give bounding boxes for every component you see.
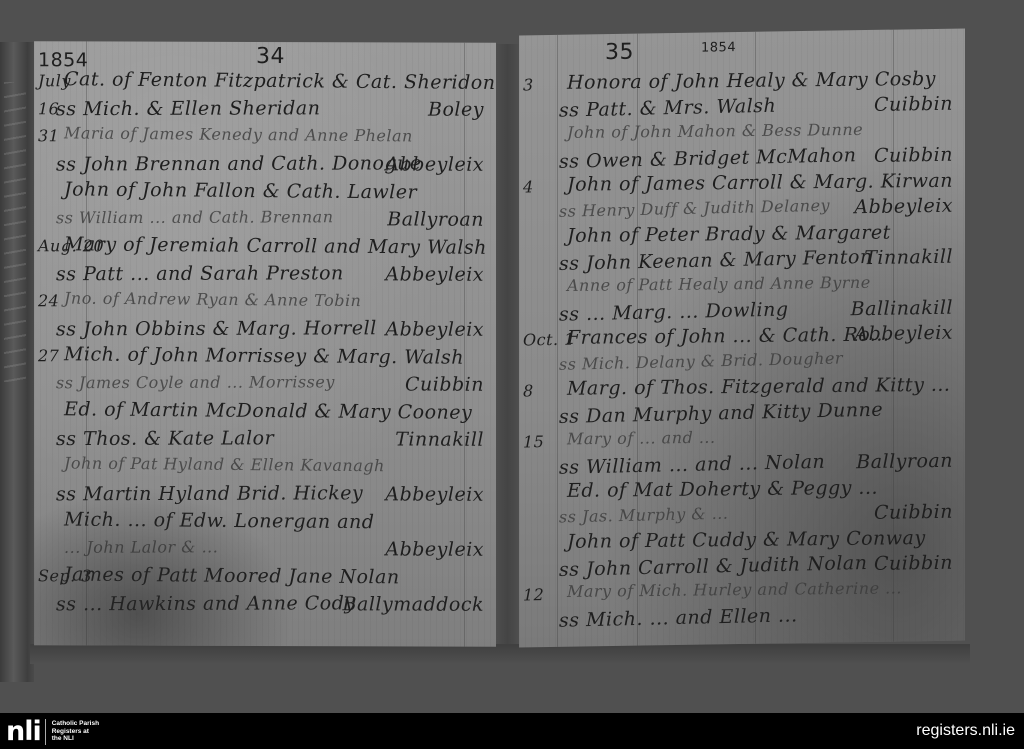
baptism-entry-text: Cat. of Fenton Fitzpatrick & Cat. Sherid… <box>64 68 496 94</box>
entry-place: Cuibbin <box>874 500 953 523</box>
register-page-right: 35 1854 3Honora of John Healy & Mary Cos… <box>519 28 965 647</box>
sponsors-text: ss Patt. & Mrs. Walsh <box>559 94 776 121</box>
register-entry: 24Jno. of Andrew Ryan & Anne Tobin <box>34 41 496 43</box>
register-entry: 3Honora of John Healy & Mary Cosby <box>519 28 965 35</box>
register-entry: Aug. 20Mary of Jeremiah Carroll and Mary… <box>34 41 496 43</box>
nli-logo[interactable]: nli Catholic Parish Registers at the NLI <box>6 718 112 745</box>
register-entries: 3Honora of John Healy & Mary Cosbyss Pat… <box>519 28 965 35</box>
register-entry: ... John Lalor & ... Abbeyleix <box>34 41 496 43</box>
nli-logo-mark: nli <box>6 718 41 745</box>
book-edge <box>0 42 34 682</box>
register-entry: ss William ... and ... NolanBallyroan <box>519 28 965 35</box>
entry-place: Tinnakill <box>864 245 953 268</box>
entry-place: Abbeyleix <box>385 263 484 285</box>
entry-date: 15 <box>523 432 544 451</box>
footer-bar: nli Catholic Parish Registers at the NLI… <box>0 713 1024 749</box>
register-entry: ss John Carroll & Judith NolanCuibbin <box>519 28 965 35</box>
register-entry: ss Mich. ... and Ellen ... <box>519 28 965 35</box>
entry-date: 27 <box>38 346 59 365</box>
sponsors-text: ss Patt ... and Sarah Preston <box>56 262 344 285</box>
baptism-entry-text: Mary of ... and ... <box>567 428 716 449</box>
baptism-entry-text: John of Peter Brady & Margaret <box>567 222 891 247</box>
register-entry: ss Patt. & Mrs. WalshCuibbin <box>519 28 965 35</box>
sponsors-text: ss Mich. & Ellen Sheridan <box>56 97 321 120</box>
sponsors-text: ss Mich. ... and Ellen ... <box>559 604 798 631</box>
register-page-left: 1854 34 JulyCat. of Fenton Fitzpatrick &… <box>34 41 496 647</box>
sponsors-text: ss John Brennan and Cath. Donogue <box>56 152 422 175</box>
baptism-entry-text: ... John Lalor & ... <box>64 537 218 557</box>
register-entry: ss Owen & Bridget McMahonCuibbin <box>519 28 965 35</box>
entry-place: Cuibbin <box>405 373 484 395</box>
register-entries: JulyCat. of Fenton Fitzpatrick & Cat. Sh… <box>34 41 496 43</box>
baptism-entry-text: Mary of Mich. Hurley and Catherine ... <box>567 578 902 601</box>
register-entry: ss Patt ... and Sarah PrestonAbbeyleix <box>34 41 496 43</box>
page-shadow <box>30 644 970 664</box>
sponsors-text: ss ... Marg. ... Dowling <box>559 298 789 325</box>
page-number: 35 <box>605 40 634 65</box>
baptism-entry-text: Frances of John ... & Cath. Ro... <box>567 324 890 349</box>
register-entry: Sep. 3James of Patt Moored Jane Nolan <box>34 41 496 43</box>
register-entry: ss James Coyle and ... MorrisseyCuibbin <box>34 41 496 43</box>
page-number: 34 <box>256 44 285 69</box>
register-entry: John of Patt Cuddy & Mary Conway <box>519 28 965 35</box>
baptism-entry-text: Anne of Patt Healy and Anne Byrne <box>567 273 871 295</box>
entry-place: Ballyroan <box>387 208 484 230</box>
sponsors-text: ss Thos. & Kate Lalor <box>56 427 274 450</box>
entry-place: Cuibbin <box>874 143 953 166</box>
baptism-entry-text: Mary of Jeremiah Carroll and Mary Walsh <box>64 233 487 259</box>
register-entry: ss Henry Duff & Judith DelaneyAbbeyleix <box>519 28 965 35</box>
entry-date: Sep. 3 <box>38 566 92 585</box>
entry-place: Tinnakill <box>395 428 484 450</box>
register-entry: Ed. of Martin McDonald & Mary Cooney <box>34 41 496 43</box>
sponsors-text: ss John Carroll & Judith Nolan <box>559 551 868 580</box>
sponsors-text: ss Mich. Delany & Brid. Dougher <box>559 348 843 373</box>
entry-date: 31 <box>38 126 59 145</box>
entry-place: Ballinakill <box>851 296 953 320</box>
register-entry: 15Mary of ... and ... <box>519 28 965 35</box>
sponsors-text: ss James Coyle and ... Morrissey <box>56 372 335 392</box>
register-entry: 16ss Mich. & Ellen SheridanBoley <box>34 41 496 43</box>
entry-place: Ballymaddock <box>343 593 484 615</box>
entry-place: Abbeyleix <box>385 538 484 560</box>
sponsors-text: ss Owen & Bridget McMahon <box>559 144 857 173</box>
register-entry: John of Pat Hyland & Ellen Kavanagh <box>34 41 496 43</box>
register-entry: Oct. 1Frances of John ... & Cath. Ro...A… <box>519 28 965 35</box>
register-entry: ss John Keenan & Mary FentonTinnakill <box>519 28 965 35</box>
baptism-entry-text: Jno. of Andrew Ryan & Anne Tobin <box>64 289 361 311</box>
entry-date: 8 <box>523 381 534 400</box>
register-entry: Anne of Patt Healy and Anne Byrne <box>519 28 965 35</box>
entry-place: Abbeyleix <box>385 153 484 175</box>
entry-date: 4 <box>523 177 534 196</box>
entry-date: 3 <box>523 75 534 94</box>
register-entry: ss Martin Hyland Brid. HickeyAbbeyleix <box>34 41 496 43</box>
sponsors-text: ss William ... and ... Nolan <box>559 450 825 478</box>
entry-place: Abbeyleix <box>854 194 953 218</box>
baptism-entry-text: Mich. of John Morrissey & Marg. Walsh <box>64 343 464 368</box>
baptism-entry-text: Marg. of Thos. Fitzgerald and Kitty ... <box>567 374 951 400</box>
sponsors-text: ss Dan Murphy and Kitty Dunne <box>559 398 883 427</box>
register-entry: John of John Mahon & Bess Dunne <box>519 28 965 35</box>
register-entry: ss ... Hawkins and Anne CodyBallymaddock <box>34 41 496 43</box>
sponsors-text: ss John Obbins & Marg. Horrell <box>56 317 377 340</box>
register-entry: ss William ... and Cath. BrennanBallyroa… <box>34 41 496 43</box>
site-link[interactable]: registers.nli.ie <box>916 722 1015 740</box>
entry-date: 12 <box>523 585 544 604</box>
sponsors-text: ss John Keenan & Mary Fenton <box>559 245 873 274</box>
register-entry: ss Thos. & Kate LalorTinnakill <box>34 41 496 43</box>
logo-text: Catholic Parish Registers at the NLI <box>52 720 112 743</box>
entry-place: Ballyroan <box>856 449 953 473</box>
register-entry: Ed. of Mat Doherty & Peggy ... <box>519 28 965 35</box>
logo-divider <box>45 719 46 745</box>
register-entry: Mich. ... of Edw. Lonergan and <box>34 41 496 43</box>
register-entry: ss Dan Murphy and Kitty Dunne <box>519 28 965 35</box>
register-entry: 31Maria of James Kenedy and Anne Phelan <box>34 41 496 43</box>
entry-place: Abbeyleix <box>385 318 484 340</box>
entry-place: Abbeyleix <box>854 322 953 346</box>
baptism-entry-text: Honora of John Healy & Mary Cosby <box>567 68 936 94</box>
entry-place: Boley <box>428 98 484 120</box>
baptism-entry-text: Ed. of Martin McDonald & Mary Cooney <box>64 398 472 424</box>
register-entry: 4John of James Carroll & Marg. Kirwan <box>519 28 965 35</box>
year-label: 1854 <box>701 40 736 56</box>
sponsors-text: ss Martin Hyland Brid. Hickey <box>56 482 363 505</box>
baptism-entry-text: John of Patt Cuddy & Mary Conway <box>567 527 926 553</box>
register-entry: ss ... Marg. ... DowlingBallinakill <box>519 28 965 35</box>
register-entry: 12Mary of Mich. Hurley and Catherine ... <box>519 28 965 35</box>
image-viewer[interactable]: 1854 34 JulyCat. of Fenton Fitzpatrick &… <box>0 0 1024 713</box>
baptism-entry-text: Ed. of Mat Doherty & Peggy ... <box>567 477 878 502</box>
sponsors-text: ss William ... and Cath. Brennan <box>56 207 334 227</box>
baptism-entry-text: John of John Fallon & Cath. Lawler <box>64 178 417 203</box>
register-entry: ss Jas. Murphy & ... Cuibbin <box>519 28 965 35</box>
register-entry: 8Marg. of Thos. Fitzgerald and Kitty ... <box>519 28 965 35</box>
register-entry: 27Mich. of John Morrissey & Marg. Walsh <box>34 41 496 43</box>
baptism-entry-text: John of John Mahon & Bess Dunne <box>567 120 863 142</box>
entry-place: Abbeyleix <box>385 483 484 505</box>
entry-place: Cuibbin <box>874 92 953 115</box>
register-entry: ss John Obbins & Marg. HorrellAbbeyleix <box>34 41 496 43</box>
register-entry: John of Peter Brady & Margaret <box>519 28 965 35</box>
entry-date: 24 <box>38 291 59 310</box>
baptism-entry-text: John of Pat Hyland & Ellen Kavanagh <box>64 453 385 475</box>
register-entry: John of John Fallon & Cath. Lawler <box>34 41 496 43</box>
sponsors-text: ss ... Hawkins and Anne Cody <box>56 592 356 615</box>
book-gutter <box>496 44 519 644</box>
baptism-entry-text: John of James Carroll & Marg. Kirwan <box>567 170 953 196</box>
sponsors-text: ss Jas. Murphy & ... <box>559 503 729 526</box>
register-entry: JulyCat. of Fenton Fitzpatrick & Cat. Sh… <box>34 41 496 43</box>
register-entry: ss John Brennan and Cath. DonogueAbbeyle… <box>34 41 496 43</box>
baptism-entry-text: Maria of James Kenedy and Anne Phelan <box>64 123 413 145</box>
entry-place: Cuibbin <box>874 551 953 574</box>
sponsors-text: ss Henry Duff & Judith Delaney <box>559 195 830 220</box>
register-entry: ss Mich. Delany & Brid. Dougher <box>519 28 965 35</box>
baptism-entry-text: Mich. ... of Edw. Lonergan and <box>64 508 375 533</box>
baptism-entry-text: James of Patt Moored Jane Nolan <box>64 563 400 588</box>
